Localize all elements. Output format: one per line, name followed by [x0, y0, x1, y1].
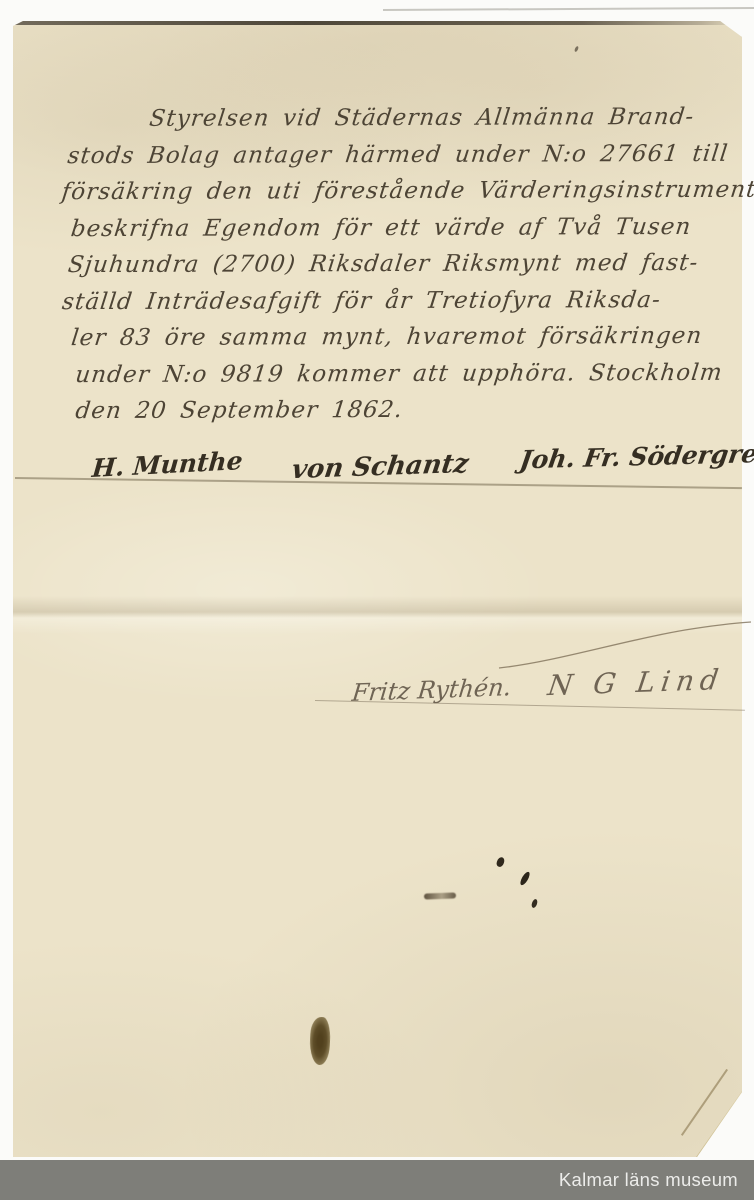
letter-line: Styrelsen vid Städernas Allmänna Brand- — [59, 99, 727, 138]
scan-page: Styrelsen vid Städernas Allmänna Brand- … — [0, 0, 754, 1200]
ink-smudge — [424, 892, 456, 899]
letter-line: stods Bolag antager härmed under N:o 276… — [59, 135, 727, 174]
letter-line: ler 83 öre samma mynt, hvaremot försäkri… — [60, 318, 728, 357]
handwritten-letter-body: Styrelsen vid Städernas Allmänna Brand- … — [61, 99, 726, 430]
paper-top-edge — [13, 21, 742, 25]
letter-line: under N:o 9819 kommer att upphöra. Stock… — [60, 354, 728, 393]
signature-sodergren: Joh. Fr. Södergren — [518, 439, 754, 475]
letter-line: försäkring den uti förestående Värdering… — [60, 172, 728, 211]
signature-von-schantz: von Schantz — [290, 449, 471, 485]
letter-line: beskrifna Egendom för ett värde af Två T… — [60, 208, 728, 247]
signature-lind: N G Lind — [546, 663, 727, 702]
letter-line: ställd Inträdesafgift för år Tretiofyra … — [60, 281, 728, 320]
museum-watermark-label: Kalmar läns museum — [559, 1169, 754, 1191]
museum-watermark-bar: Kalmar läns museum — [0, 1160, 754, 1200]
letter-line: den 20 September 1862. — [60, 391, 728, 430]
background-sheet-edge — [383, 7, 754, 11]
letter-line: Sjuhundra (2700) Riksdaler Riksmynt med … — [60, 245, 728, 284]
